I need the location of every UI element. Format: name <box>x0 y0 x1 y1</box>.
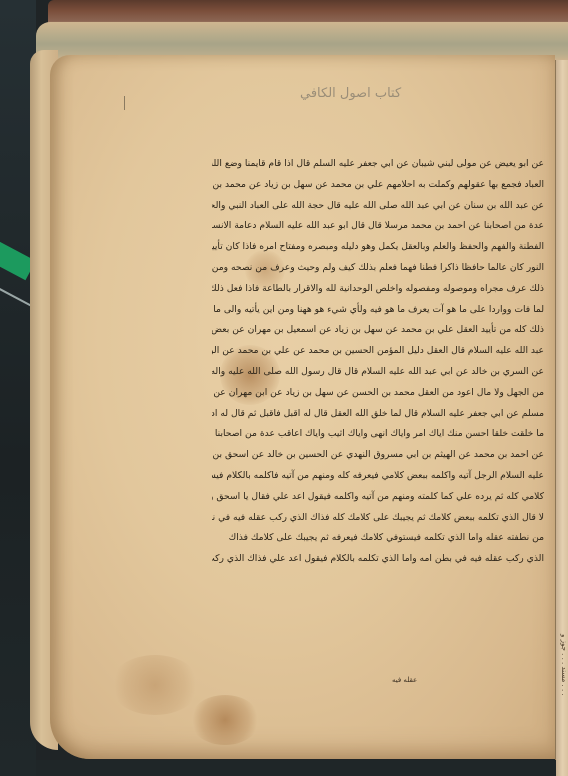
page-title-annotation: كتاب اصول الكافي <box>300 86 401 101</box>
text-line: عن عبد الله بن سنان عن ابي عبد الله صلى … <box>212 196 544 217</box>
text-line: من نطفته عقله واما الذي تكلمه فيستوفي كل… <box>212 528 544 549</box>
text-line: عن السري بن خالد عن ابي عبد الله عليه ال… <box>212 362 544 383</box>
text-line: لا قال الذي تكلمه ببعض كلامك ثم يجيبك عل… <box>212 508 544 529</box>
manuscript-text: عن ابو يعيض عن مولى لبني شيبان عن ابي جع… <box>212 154 544 570</box>
text-line: الذي ركب عقله فيه في بطن امه واما الذي ت… <box>212 549 544 570</box>
text-line: النور كان عالما حافظا ذاكرا فطنا فهما فع… <box>212 258 544 279</box>
text-line: لما فات وواردا على ما هو آت يعرف ما هو ف… <box>212 300 544 321</box>
text-line: عدة من اصحابنا عن احمد بن محمد مرسلا قال… <box>212 216 544 237</box>
stain <box>110 655 200 715</box>
text-line: عليه السلام الرجل آتيه واكلمه ببعض كلامي… <box>212 466 544 487</box>
text-line: ذلك عرف مجراه وموصوله ومفصوله واخلص الوح… <box>212 279 544 300</box>
background-bottom <box>36 760 556 776</box>
text-line: كلامي كله ثم يرده علي كما كلمته ومنهم من… <box>212 487 544 508</box>
text-line: ما خلقت خلقا احسن منك اياك امر واياك انه… <box>212 424 544 445</box>
text-line: ذلك كله من تأييد العقل علي بن محمد عن سه… <box>212 320 544 341</box>
text-line: من الجهل ولا مال اعود من العقل محمد بن ا… <box>212 383 544 404</box>
catchword: عقله فيه <box>392 676 417 684</box>
text-line: العباد فجمع بها عقولهم وكملت به احلامهم … <box>212 175 544 196</box>
text-line: عن ابو يعيض عن مولى لبني شيبان عن ابي جع… <box>212 154 544 175</box>
adjacent-leaf-text: مسند . . . جوز و . . . <box>555 560 568 770</box>
text-line: مسلم عن ابي جعفر عليه السلام قال لما خلق… <box>212 404 544 425</box>
text-line: عبد الله عليه السلام قال العقل دليل المؤ… <box>212 341 544 362</box>
text-line: الفطنة والفهم والحفظ والعلم وبالعقل يكمل… <box>212 237 544 258</box>
folio-mark <box>124 96 125 110</box>
stain <box>190 695 260 745</box>
text-line: عن احمد بن محمد عن الهيثم بن ابي مسروق ا… <box>212 445 544 466</box>
